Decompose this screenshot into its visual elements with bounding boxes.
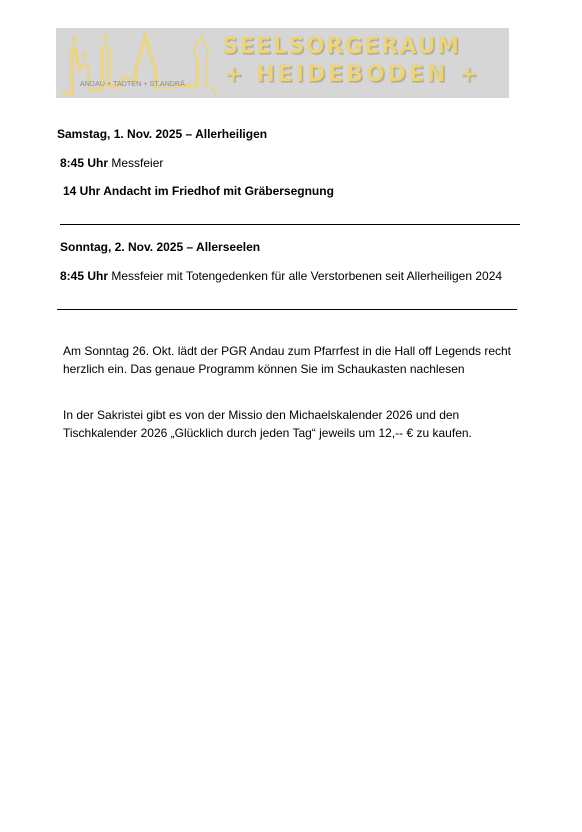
event-description: Messfeier [108,156,163,170]
banner-title-line2: + HEIDEBODEN + [224,62,480,87]
event-saturday-cemetery: 14 Uhr Andacht im Friedhof mit Gräberseg… [63,184,334,199]
announcement-line: Am Sonntag 26. Okt. lädt der PGR Andau z… [63,342,523,360]
event-sunday-mass: 8:45 Uhr Messfeier mit Totengedenken für… [60,269,502,284]
event-saturday-mass: 8:45 Uhr Messfeier [60,156,163,171]
event-time: 8:45 Uhr [60,156,108,170]
event-description: Messfeier mit Totengedenken für alle Ver… [108,269,502,283]
document-page: ANDAU + TADTEN + ST.ANDRÄ SEELSORGERAUM … [0,0,582,832]
banner-title-line1: SEELSORGERAUM [222,34,460,59]
announcement-kalender: In der Sakristei gibt es von der Missio … [63,406,523,442]
divider-1 [60,224,520,225]
divider-2 [57,309,517,310]
announcement-line: In der Sakristei gibt es von der Missio … [63,406,523,424]
day-heading-sunday: Sonntag, 2. Nov. 2025 – Allerseelen [60,240,260,255]
announcement-line: herzlich ein. Das genaue Programm können… [63,360,523,378]
day-heading-saturday: Samstag, 1. Nov. 2025 – Allerheiligen [57,127,267,142]
announcement-line: Tischkalender 2026 „Glücklich durch jede… [63,424,523,442]
header-banner: ANDAU + TADTEN + ST.ANDRÄ SEELSORGERAUM … [56,28,509,98]
announcement-pfarrfest: Am Sonntag 26. Okt. lädt der PGR Andau z… [63,342,523,378]
event-time: 8:45 Uhr [60,269,108,283]
banner-subtitle: ANDAU + TADTEN + ST.ANDRÄ [80,81,185,88]
